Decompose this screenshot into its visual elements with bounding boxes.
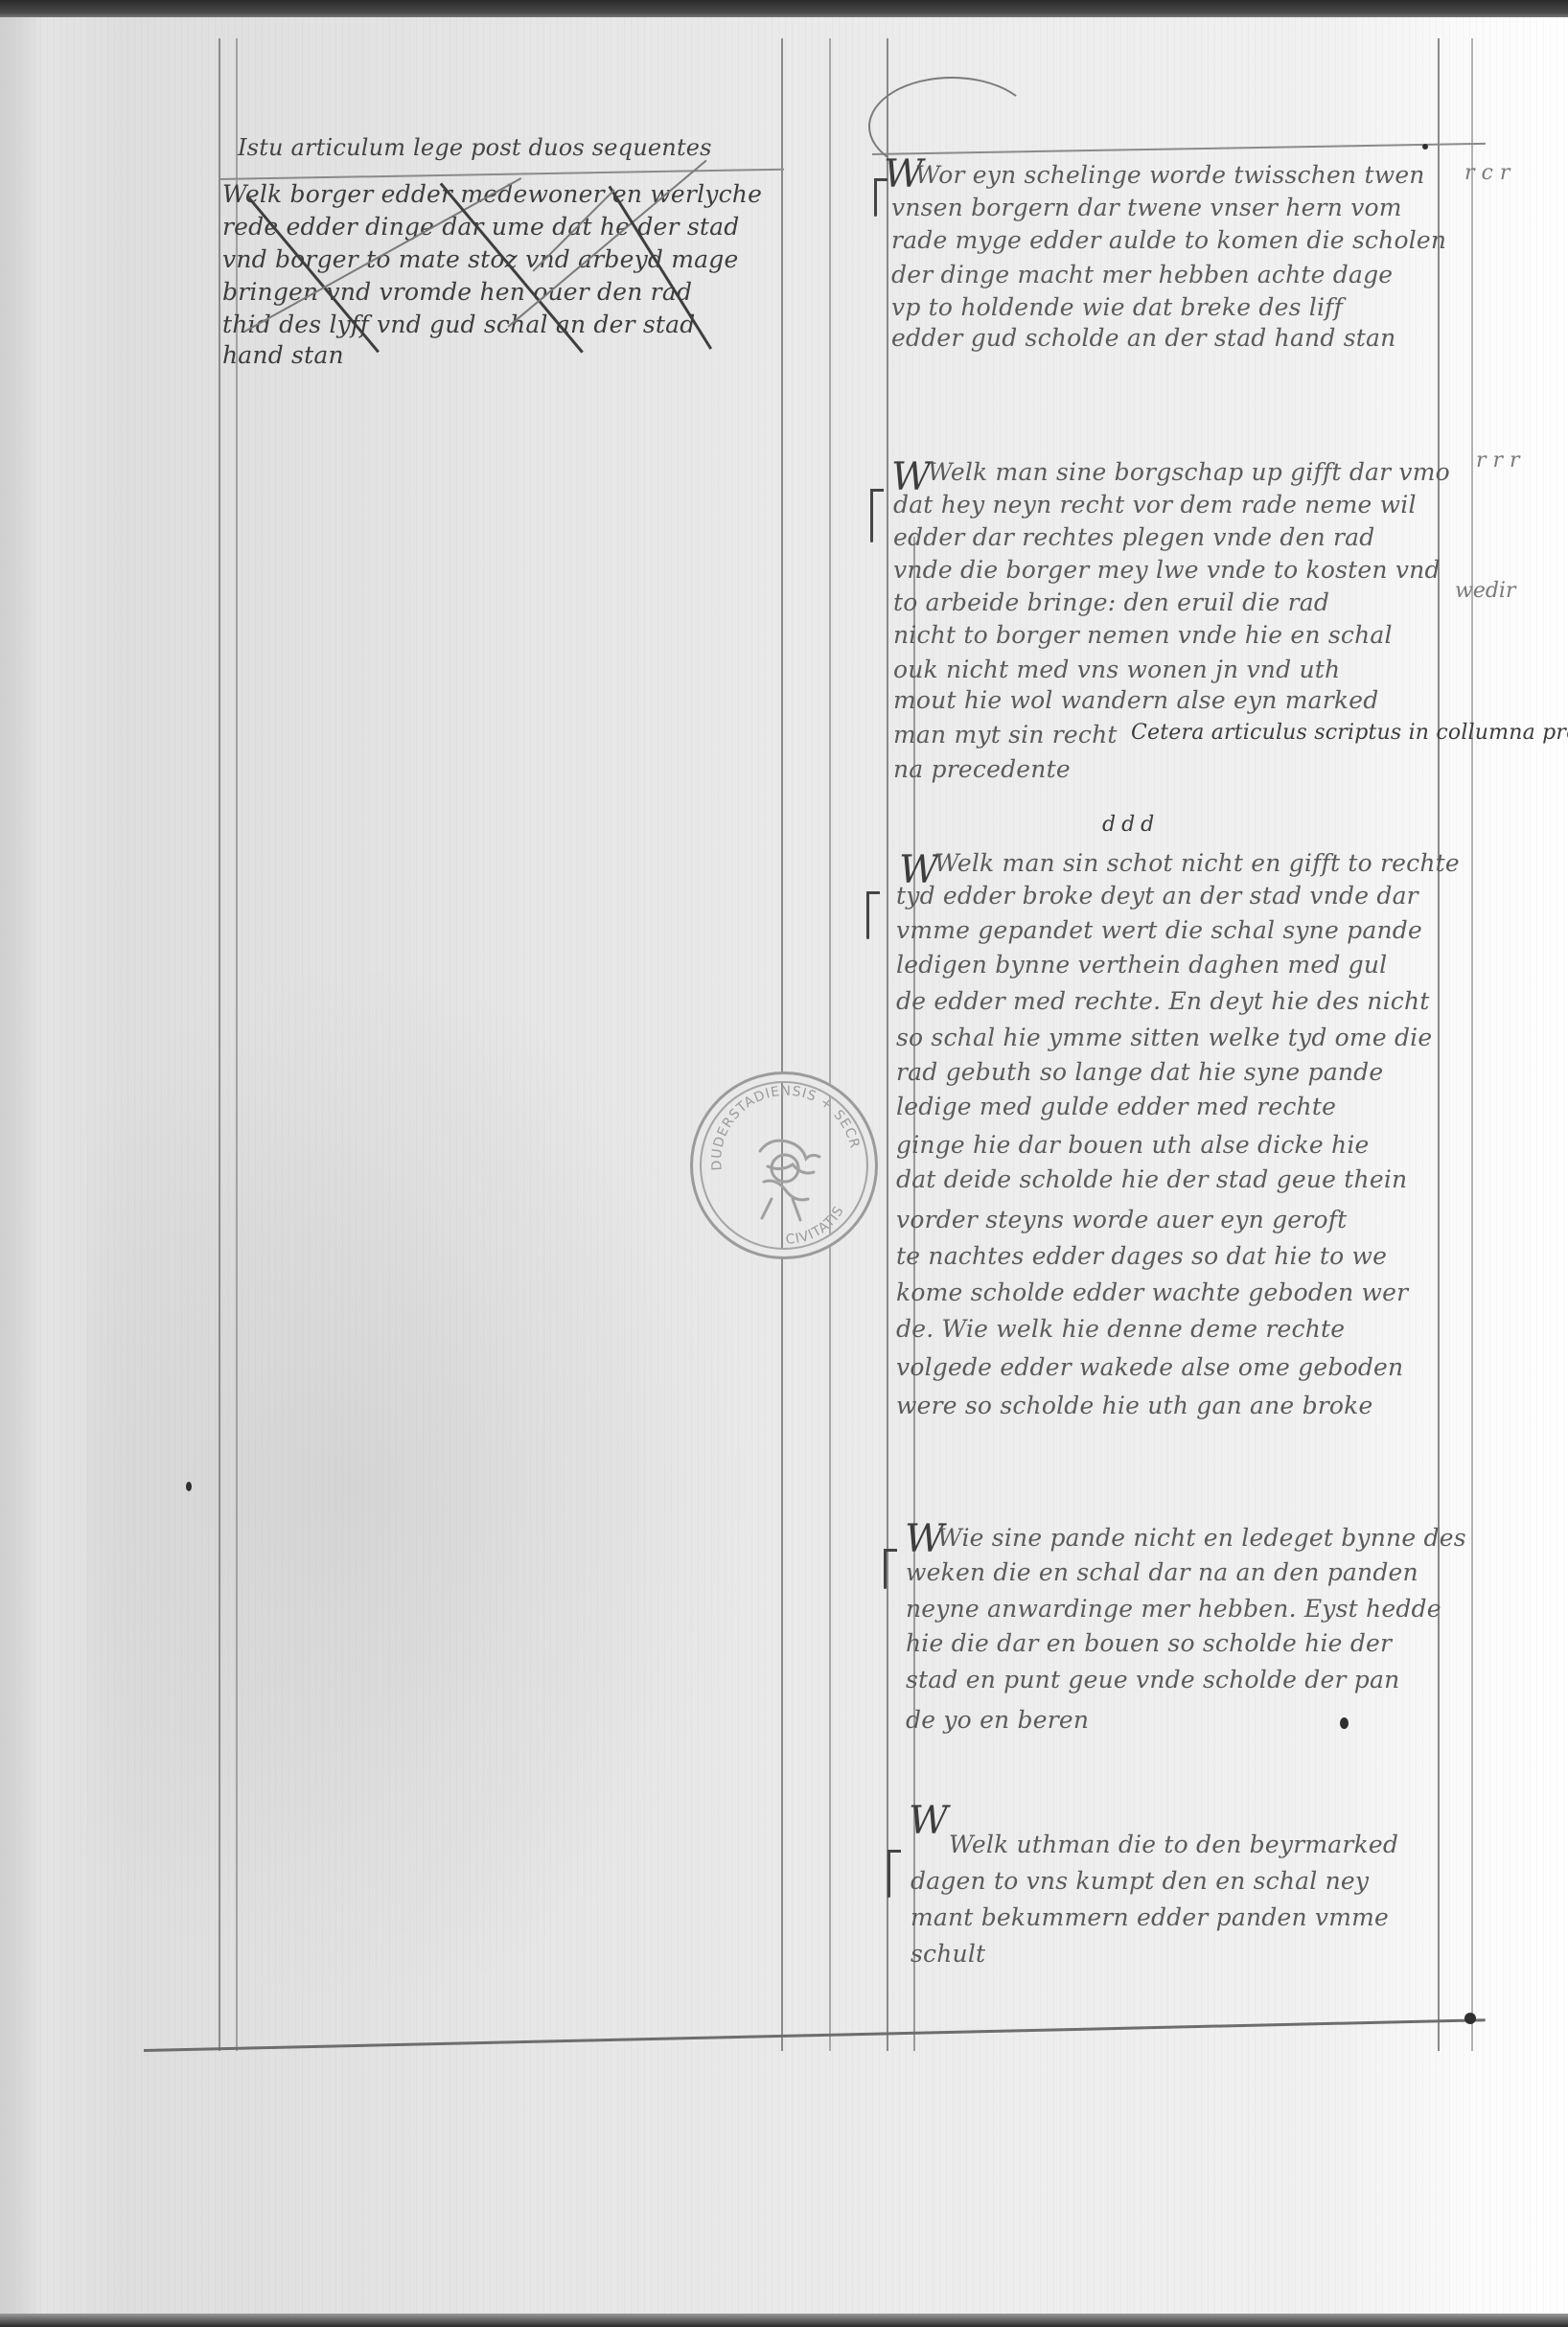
text-line: ledige med gulde edder med rechte [896, 1093, 1336, 1120]
text-line: ouk nicht med vns wonen jn vnd uth [893, 656, 1340, 683]
margin-note: r c r [1464, 161, 1510, 185]
text-line: edder gud scholde an der stad hand stan [891, 324, 1395, 352]
scan-bottom-edge [0, 2314, 1568, 2327]
paragraph-mark [870, 489, 873, 542]
ruling-right-column-left [887, 38, 888, 2051]
ruling-right-outer [1471, 38, 1473, 2051]
ruling-gutter [829, 38, 831, 2051]
margin-note: wedir [1455, 579, 1516, 603]
svg-text:CIVITATIS: CIVITATIS [785, 1204, 847, 1248]
text-line: Wie sine pande nicht en ledeget bynne de… [937, 1524, 1466, 1552]
text-line: volgede edder wakede alse ome geboden [896, 1353, 1403, 1381]
paragraph-mark [866, 891, 869, 939]
text-line: so schal hie ymme sitten welke tyd ome d… [896, 1024, 1432, 1051]
text-line: na precedente [893, 755, 1071, 783]
text-line: nicht to borger nemen vnde hie en schal [893, 621, 1393, 649]
decorated-initial: W [909, 1802, 948, 1840]
crossed-line: hand stan [222, 341, 344, 369]
text-line: hie die dar en bouen so scholde hie der [906, 1629, 1392, 1657]
text-line: rad gebuth so lange dat hie syne pande [896, 1058, 1383, 1086]
crossed-line: bringen vnd vromde hen ouer den rad [222, 278, 692, 306]
text-line: mant bekummern edder panden vmme [911, 1903, 1389, 1931]
ruling-right-column-right [1438, 38, 1440, 2051]
crossed-line: rede edder dinge dar ume dat he der stad [222, 213, 739, 241]
margin-note: r r r [1476, 449, 1520, 472]
text-line: vmme gepandet wert die schal syne pande [896, 916, 1422, 944]
text-line: weken die en schal dar na an den panden [906, 1558, 1418, 1586]
text-line: vorder steyns worde auer eyn geroft [896, 1206, 1347, 1233]
latin-cross-reference-note: Cetera articulus scriptus in collumna pr… [1131, 721, 1568, 745]
stamp-emblem-lion-icon: DUDERSTADIENSIS + SECRETUM CIVITATIS [693, 1074, 875, 1256]
stamp-legend-bottom: CIVITATIS [785, 1204, 847, 1248]
ruling-left-outer [219, 38, 220, 2051]
ink-speck [186, 1482, 192, 1491]
text-line: schult [911, 1940, 985, 1968]
text-line: vp to holdende wie dat breke des liff [891, 293, 1343, 321]
text-line: Welk man sin schot nicht en gifft to rec… [934, 849, 1460, 877]
text-line: ledigen bynne verthein daghen med gul [896, 951, 1387, 979]
text-line: tyd edder broke deyt an der stad vnde da… [896, 882, 1418, 910]
text-line: stad en punt geue vnde scholde der pan [906, 1666, 1399, 1693]
text-line: dat deide scholde hie der stad geue thei… [896, 1165, 1407, 1193]
ornament-mark: ddd [1102, 813, 1160, 837]
text-line: dagen to vns kumpt den en schal ney [911, 1867, 1369, 1895]
text-line: neyne anwardinge mer hebben. Eyst hedde [906, 1595, 1441, 1623]
text-line: dat hey neyn recht vor dem rade neme wil [893, 491, 1417, 518]
text-line: de yo en beren [906, 1706, 1089, 1734]
left-column-heading: Istu articulum lege post duos sequentes [238, 134, 712, 161]
text-line: vnde die borger mey lwe vnde to kosten v… [893, 556, 1441, 584]
text-line: were so scholde hie uth gan ane broke [896, 1392, 1373, 1419]
text-line: kome scholde edder wachte geboden wer [896, 1279, 1408, 1306]
text-line: der dinge macht mer hebben achte dage [891, 261, 1393, 288]
crossed-line: thid des lyff vnd gud schal an der stad [222, 311, 695, 338]
text-line: Welk man sine borgschap up gifft dar vmo [928, 458, 1450, 486]
text-line: rade myge edder aulde to komen die schol… [891, 226, 1446, 254]
page-gutter-shadow [0, 17, 38, 2317]
paragraph-mark [884, 1549, 887, 1589]
text-line: de. Wie welk hie denne deme rechte [896, 1315, 1345, 1343]
pricking-mark [1464, 2013, 1476, 2024]
text-line: Wor eyn schelinge worde twisschen twen [915, 161, 1425, 189]
text-line: man myt sin recht [893, 721, 1118, 749]
text-line: te nachtes edder dages so dat hie to we [896, 1242, 1387, 1270]
ruling-left-column-right [781, 38, 783, 2051]
text-line: to arbeide bringe: den eruil die rad [893, 588, 1329, 616]
library-stamp: DUDERSTADIENSIS + SECRETUM CIVITATIS [690, 1071, 878, 1259]
text-line: edder dar rechtes plegen vnde den rad [893, 523, 1374, 551]
paragraph-mark [874, 178, 877, 217]
ink-blot [1340, 1717, 1349, 1729]
paragraph-mark [888, 1850, 890, 1898]
text-line: vnsen borgern dar twene vnser hern vom [891, 194, 1402, 221]
text-line: mout hie wol wandern alse eyn marked [893, 686, 1378, 714]
pricking-mark [1422, 144, 1428, 150]
ruling-left-inner [236, 38, 238, 2051]
text-line: ginge hie dar bouen uth alse dicke hie [896, 1131, 1370, 1159]
text-line: de edder med rechte. En deyt hie des nic… [896, 987, 1430, 1015]
text-line: Welk uthman die to den beyrmarked [949, 1831, 1398, 1858]
